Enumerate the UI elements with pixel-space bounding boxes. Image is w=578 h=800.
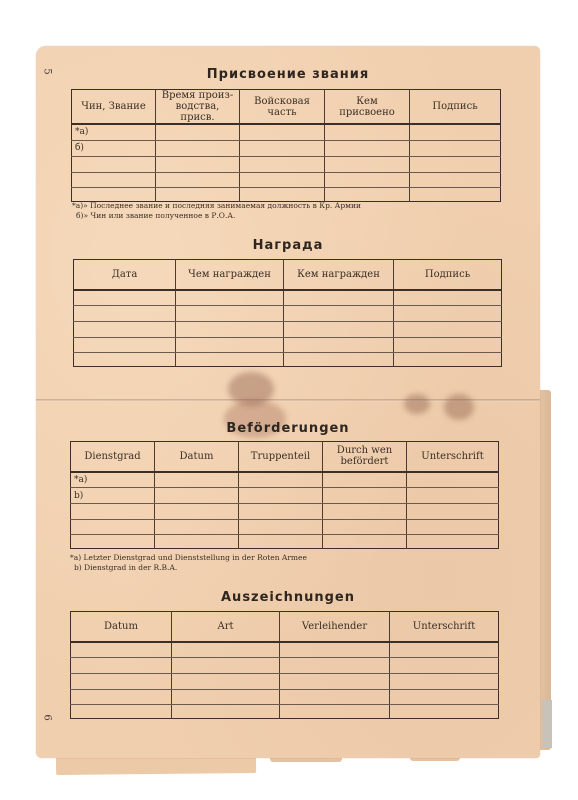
table-row: б): [72, 140, 501, 156]
column-header: Verleihender: [280, 612, 390, 642]
table-row: [72, 156, 501, 172]
table-cell[interactable]: [240, 187, 325, 201]
table-cell[interactable]: [323, 472, 407, 488]
table-cell[interactable]: [323, 504, 407, 520]
table-cell[interactable]: [325, 172, 410, 187]
table-row: [74, 322, 502, 338]
column-header: Кем присвоено: [325, 90, 410, 125]
table-cell[interactable]: [156, 156, 240, 172]
table-cell[interactable]: [71, 658, 172, 674]
table-row: [71, 674, 499, 690]
table-cell[interactable]: [280, 674, 390, 690]
table-cell[interactable]: [239, 472, 323, 488]
table-row: *а): [72, 124, 501, 140]
table-cell[interactable]: [74, 322, 176, 338]
row-label[interactable]: *а): [72, 124, 156, 140]
promotions-table: Dienstgrad Datum Truppenteil Durch wen b…: [70, 441, 499, 549]
table-cell[interactable]: [394, 353, 502, 367]
table-cell[interactable]: [72, 156, 156, 172]
section-title-rank-assignment: Присвоение звания: [36, 67, 540, 82]
table-cell[interactable]: [284, 353, 394, 367]
table-cell[interactable]: [325, 187, 410, 201]
table-cell[interactable]: [74, 338, 176, 353]
table-cell[interactable]: [323, 535, 407, 549]
table-cell[interactable]: [176, 322, 284, 338]
column-header: Подпись: [394, 260, 502, 290]
table-cell[interactable]: [239, 504, 323, 520]
table-cell[interactable]: [74, 306, 176, 322]
table-cell[interactable]: [71, 705, 172, 719]
table-row: [74, 290, 502, 306]
row-label[interactable]: *a): [71, 472, 155, 488]
table-row: b): [71, 488, 499, 504]
table-cell[interactable]: [284, 306, 394, 322]
table-row: [71, 504, 499, 520]
table-cell[interactable]: [390, 642, 499, 658]
table-cell[interactable]: [284, 338, 394, 353]
table-cell[interactable]: [239, 520, 323, 535]
table-row: *a): [71, 472, 499, 488]
table-cell[interactable]: [280, 642, 390, 658]
table-cell[interactable]: [390, 690, 499, 705]
table-cell[interactable]: [284, 290, 394, 306]
column-header: Art: [172, 612, 280, 642]
table-row: [71, 520, 499, 535]
table-cell[interactable]: [176, 353, 284, 367]
table-cell[interactable]: [172, 658, 280, 674]
page-number-bottom: 6: [42, 714, 53, 720]
table-cell[interactable]: [390, 658, 499, 674]
table-cell[interactable]: [280, 658, 390, 674]
column-header: Dienstgrad: [71, 442, 155, 472]
table-cell[interactable]: [325, 124, 410, 140]
table-cell[interactable]: [240, 156, 325, 172]
table-cell[interactable]: [156, 172, 240, 187]
column-header: Truppenteil: [239, 442, 323, 472]
column-header: Durch wen befördert: [323, 442, 407, 472]
table-cell[interactable]: [172, 705, 280, 719]
table-cell[interactable]: [72, 187, 156, 201]
table-cell[interactable]: [71, 690, 172, 705]
table-cell[interactable]: [240, 172, 325, 187]
footnote-a: *а)» Последнее звание и последняя занима…: [72, 201, 361, 211]
table-cell[interactable]: [71, 674, 172, 690]
decorations-table: Datum Art Verleihender Unterschrift: [70, 611, 499, 719]
table-cell[interactable]: [156, 187, 240, 201]
column-header: Чем награжден: [176, 260, 284, 290]
table-cell[interactable]: [410, 172, 501, 187]
table-cell[interactable]: [323, 488, 407, 504]
table-cell[interactable]: [156, 124, 240, 140]
table-row: [74, 353, 502, 367]
table-cell[interactable]: [407, 504, 499, 520]
table-cell[interactable]: [239, 488, 323, 504]
column-header: Datum: [155, 442, 239, 472]
table-cell[interactable]: [407, 472, 499, 488]
table-cell[interactable]: [407, 520, 499, 535]
table-cell[interactable]: [155, 488, 239, 504]
column-header: Кем награжден: [284, 260, 394, 290]
table-cell[interactable]: [240, 140, 325, 156]
table-row: [72, 172, 501, 187]
table-cell[interactable]: [155, 535, 239, 549]
table-cell[interactable]: [172, 674, 280, 690]
footnote-b: b) Dienstgrad in der R.B.A.: [74, 563, 177, 573]
table-cell[interactable]: [407, 535, 499, 549]
table-cell[interactable]: [280, 705, 390, 719]
table-cell[interactable]: [325, 140, 410, 156]
table-row: [72, 187, 501, 201]
table-cell[interactable]: [410, 124, 501, 140]
table-cell[interactable]: [172, 642, 280, 658]
table-cell[interactable]: [155, 504, 239, 520]
table-cell[interactable]: [284, 322, 394, 338]
table-row: [71, 658, 499, 674]
table-cell[interactable]: [74, 353, 176, 367]
table-cell[interactable]: [172, 690, 280, 705]
table-cell[interactable]: [176, 290, 284, 306]
rank-assignment-table: Чин, Звание Время произ-водства, присв. …: [71, 89, 501, 202]
row-label[interactable]: b): [71, 488, 155, 504]
underlying-cover-edge: [542, 700, 552, 748]
table-cell[interactable]: [394, 306, 502, 322]
table-cell[interactable]: [394, 290, 502, 306]
table-cell[interactable]: [390, 705, 499, 719]
table-cell[interactable]: [71, 504, 155, 520]
table-cell[interactable]: [71, 642, 172, 658]
row-label[interactable]: б): [72, 140, 156, 156]
column-header: Войсковая часть: [240, 90, 325, 125]
table-cell[interactable]: [240, 124, 325, 140]
section-title-decorations: Auszeichnungen: [36, 590, 540, 605]
table-cell[interactable]: [72, 172, 156, 187]
column-header: Время произ-водства, присв.: [156, 90, 240, 125]
table-cell[interactable]: [407, 488, 499, 504]
footnote-b: б)» Чин или звание полученное в Р.О.А.: [76, 211, 235, 221]
table-cell[interactable]: [410, 187, 501, 201]
table-cell[interactable]: [394, 338, 502, 353]
table-cell[interactable]: [323, 520, 407, 535]
footnote-a: *a) Letzter Dienstgrad und Dienststellun…: [70, 553, 307, 563]
table-cell[interactable]: [239, 535, 323, 549]
table-cell[interactable]: [155, 520, 239, 535]
section-title-award: Награда: [36, 238, 540, 253]
table-cell[interactable]: [176, 338, 284, 353]
table-cell[interactable]: [280, 690, 390, 705]
stain: [444, 394, 474, 420]
column-header: Unterschrift: [407, 442, 499, 472]
table-row: [71, 705, 499, 719]
table-cell[interactable]: [71, 535, 155, 549]
table-cell[interactable]: [71, 520, 155, 535]
award-table: Дата Чем награжден Кем награжден Подпись: [73, 259, 502, 367]
table-cell[interactable]: [155, 472, 239, 488]
section-title-promotions: Beförderungen: [36, 421, 540, 436]
table-cell[interactable]: [325, 156, 410, 172]
table-row: [71, 690, 499, 705]
table-row: [71, 642, 499, 658]
column-header: Unterschrift: [390, 612, 499, 642]
table-row: [74, 306, 502, 322]
stain: [404, 394, 430, 414]
table-cell[interactable]: [410, 156, 501, 172]
column-header: Дата: [74, 260, 176, 290]
table-cell[interactable]: [394, 322, 502, 338]
column-header: Подпись: [410, 90, 501, 125]
table-row: [71, 535, 499, 549]
column-header: Чин, Звание: [72, 90, 156, 125]
table-cell[interactable]: [390, 674, 499, 690]
table-cell[interactable]: [156, 140, 240, 156]
table-cell[interactable]: [74, 290, 176, 306]
table-row: [74, 338, 502, 353]
column-header: Datum: [71, 612, 172, 642]
table-cell[interactable]: [410, 140, 501, 156]
table-cell[interactable]: [176, 306, 284, 322]
